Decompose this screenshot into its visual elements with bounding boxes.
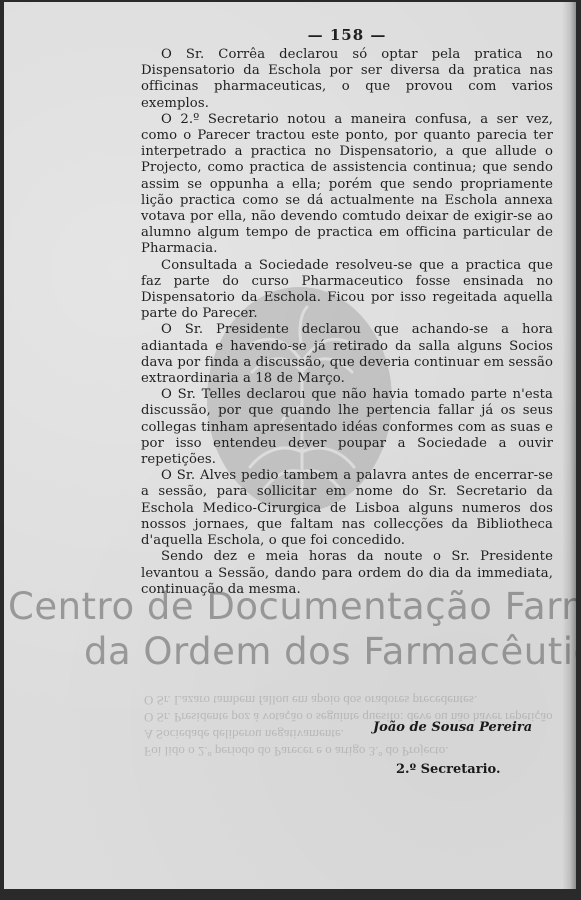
page-bottom-border [4, 889, 576, 895]
paragraph-telles: O Sr. Telles declarou que não havia toma… [141, 387, 553, 468]
watermark-line-2: da Ordem dos Farmacêuticos [84, 630, 576, 673]
signature-name: João de Sousa Pereira [373, 720, 532, 735]
paragraph-alves: O Sr. Alves pedio tambem a palavra antes… [141, 468, 553, 549]
paragraph-secretario: O 2.º Secretario notou a maneira confusa… [141, 112, 553, 258]
paragraph-closing: Sendo dez e meia horas da noute o Sr. Pr… [141, 549, 553, 598]
page-edge-shadow [562, 2, 576, 895]
signature-title: 2.º Secretario. [396, 762, 500, 777]
document-body: — 158 — O Sr. Corrêa declarou só optar p… [141, 26, 553, 598]
paragraph-consultada: Consultada a Sociedade resolveu-se que a… [141, 258, 553, 323]
scanned-page: — 158 — O Sr. Corrêa declarou só optar p… [4, 2, 576, 895]
paragraph-presidente: O Sr. Presidente declarou que achando-se… [141, 322, 553, 387]
paragraph-correa: O Sr. Corrêa declarou só optar pela prat… [141, 47, 553, 112]
page-number: — 158 — [141, 26, 553, 44]
